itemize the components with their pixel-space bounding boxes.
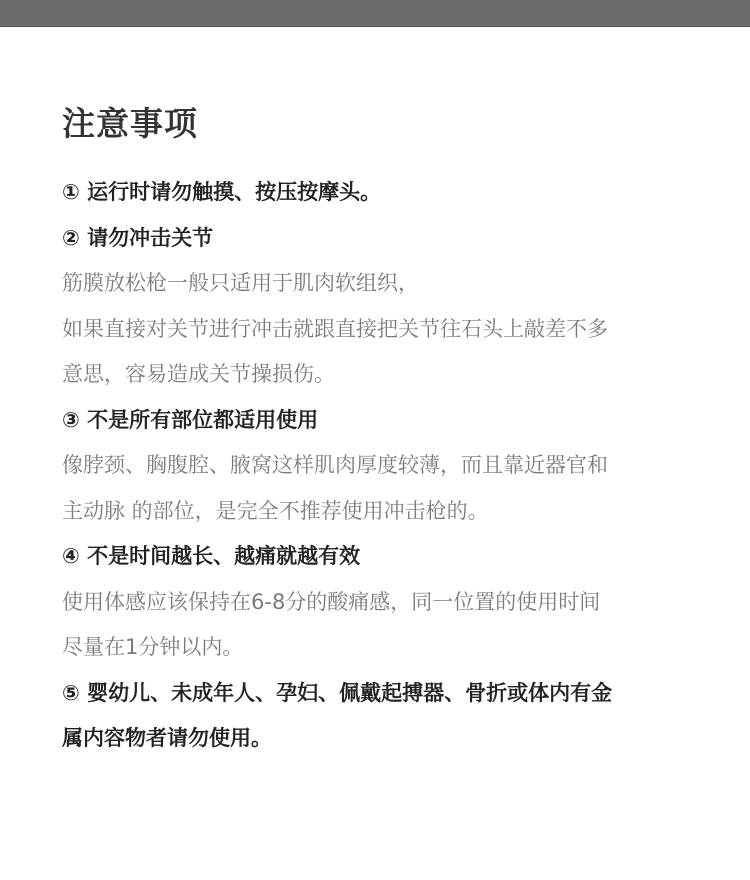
notice-content: ① 运行时请勿触摸、按压按摩头。 ② 请勿冲击关节 筋膜放松枪一般只适用于肌肉软… bbox=[62, 170, 702, 762]
notice-item-3-text: 像脖颈、胸腹腔、腋窝这样肌肉厚度较薄，而且靠近器官和 bbox=[62, 443, 702, 489]
notice-item-3-heading: ③ 不是所有部位都适用使用 bbox=[62, 398, 702, 444]
notice-item-2-text: 如果直接对关节进行冲击就跟直接把关节往石头上敲差不多 bbox=[62, 307, 702, 353]
notice-item-5-heading: 属内容物者请勿使用。 bbox=[62, 716, 702, 762]
notice-item-4-text: 尽量在1分钟以内。 bbox=[62, 625, 702, 671]
notice-item-2-heading: ② 请勿冲击关节 bbox=[62, 216, 702, 262]
notice-item-1-heading: ① 运行时请勿触摸、按压按摩头。 bbox=[62, 170, 702, 216]
notice-item-2-text: 意思，容易造成关节操损伤。 bbox=[62, 352, 702, 398]
top-bar bbox=[0, 0, 750, 27]
notice-item-4-heading: ④ 不是时间越长、越痛就越有效 bbox=[62, 534, 702, 580]
notice-item-4-text: 使用体感应该保持在6-8分的酸痛感，同一位置的使用时间 bbox=[62, 580, 702, 626]
notice-item-3-text: 主动脉 的部位，是完全不推荐使用冲击枪的。 bbox=[62, 489, 702, 535]
notice-item-2-text: 筋膜放松枪一般只适用于肌肉软组织， bbox=[62, 261, 702, 307]
page-title: 注意事项 bbox=[62, 102, 198, 146]
notice-item-5-heading: ⑤ 婴幼儿、未成年人、孕妇、佩戴起搏器、骨折或体内有金 bbox=[62, 671, 702, 717]
